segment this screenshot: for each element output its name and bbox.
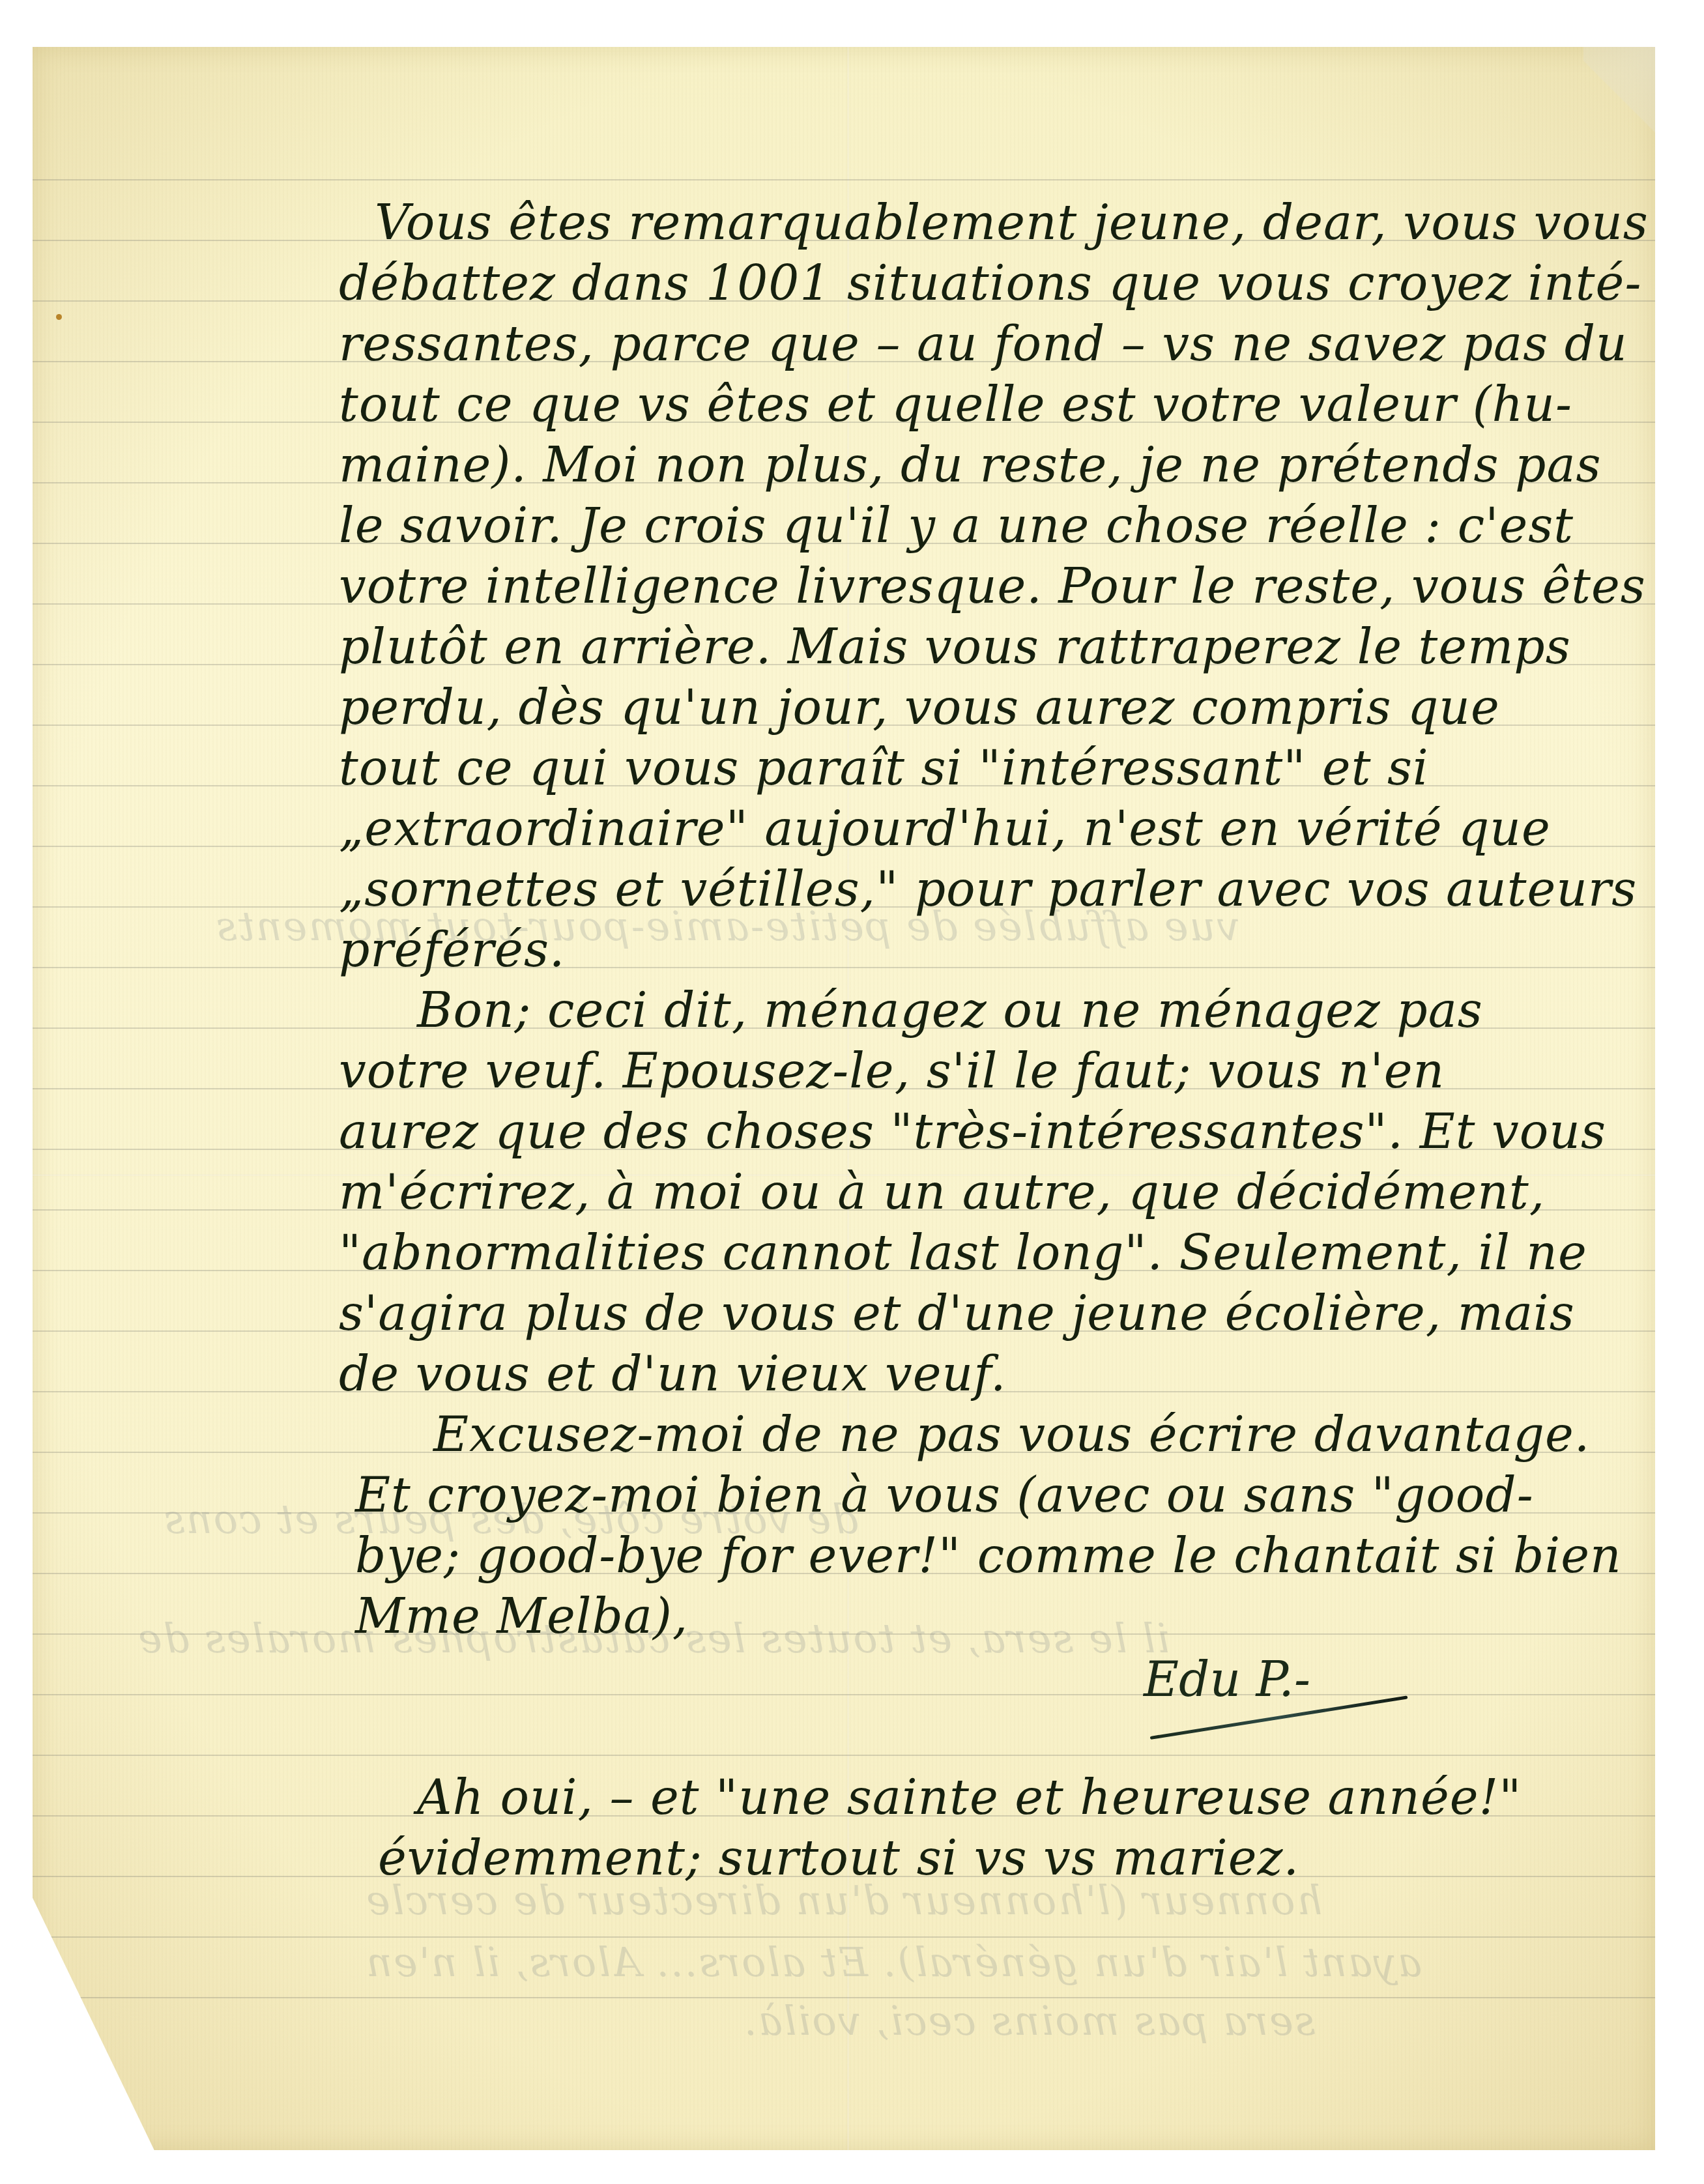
letter-line: préférés. xyxy=(339,926,565,974)
letter-line: aurez que des choses "très-intéressantes… xyxy=(339,1108,1606,1156)
letter-line: „sornettes et vétilles," pour parler ave… xyxy=(339,865,1637,913)
letter-line: débattez dans 1001 situations que vous c… xyxy=(339,259,1641,308)
letter-line: „extraordinaire" aujourd'hui, n'est en v… xyxy=(339,805,1551,853)
letter-line: bye; good-bye for ever!" comme le chanta… xyxy=(355,1532,1622,1580)
letter-line: de vous et d'un vieux veuf. xyxy=(339,1350,1007,1398)
letter-line: tout ce que vs êtes et quelle est votre … xyxy=(339,381,1572,429)
letter-body: Vous êtes remarquablement jeune, dear, v… xyxy=(0,0,1704,2184)
letter-line: Bon; ceci dit, ménagez ou ne ménagez pas xyxy=(417,986,1483,1035)
letter-line: votre intelligence livresque. Pour le re… xyxy=(339,562,1646,611)
letter-line: maine). Moi non plus, du reste, je ne pr… xyxy=(339,441,1602,489)
letter-line: tout ce qui vous paraît si "intéressant"… xyxy=(339,744,1429,792)
signature: Edu P.- xyxy=(1144,1652,1310,1708)
postscript-line: Ah oui, – et "une sainte et heureuse ann… xyxy=(417,1774,1522,1822)
letter-line: plutôt en arrière. Mais vous rattraperez… xyxy=(339,623,1571,671)
letter-line: votre veuf. Epousez-le, s'il le faut; vo… xyxy=(339,1047,1445,1095)
letter-line: perdu, dès qu'un jour, vous aurez compri… xyxy=(339,683,1500,732)
letter-line: Excusez-moi de ne pas vous écrire davant… xyxy=(433,1411,1590,1459)
letter-line: "abnormalities cannot last long". Seulem… xyxy=(339,1229,1587,1277)
letter-line: ressantes, parce que – au fond – vs ne s… xyxy=(339,320,1628,368)
letter-line: le savoir. Je crois qu'il y a une chose … xyxy=(339,502,1574,550)
letter-line: Et croyez-moi bien à vous (avec ou sans … xyxy=(355,1471,1534,1519)
letter-line: s'agira plus de vous et d'une jeune écol… xyxy=(339,1289,1575,1338)
postscript-line: évidemment; surtout si vs vs mariez. xyxy=(378,1834,1299,1882)
letter-line: m'écrirez, à moi ou à un autre, que déci… xyxy=(339,1168,1545,1216)
letter-line: Mme Melba), xyxy=(355,1592,688,1641)
letter-line: Vous êtes remarquablement jeune, dear, v… xyxy=(375,199,1649,247)
